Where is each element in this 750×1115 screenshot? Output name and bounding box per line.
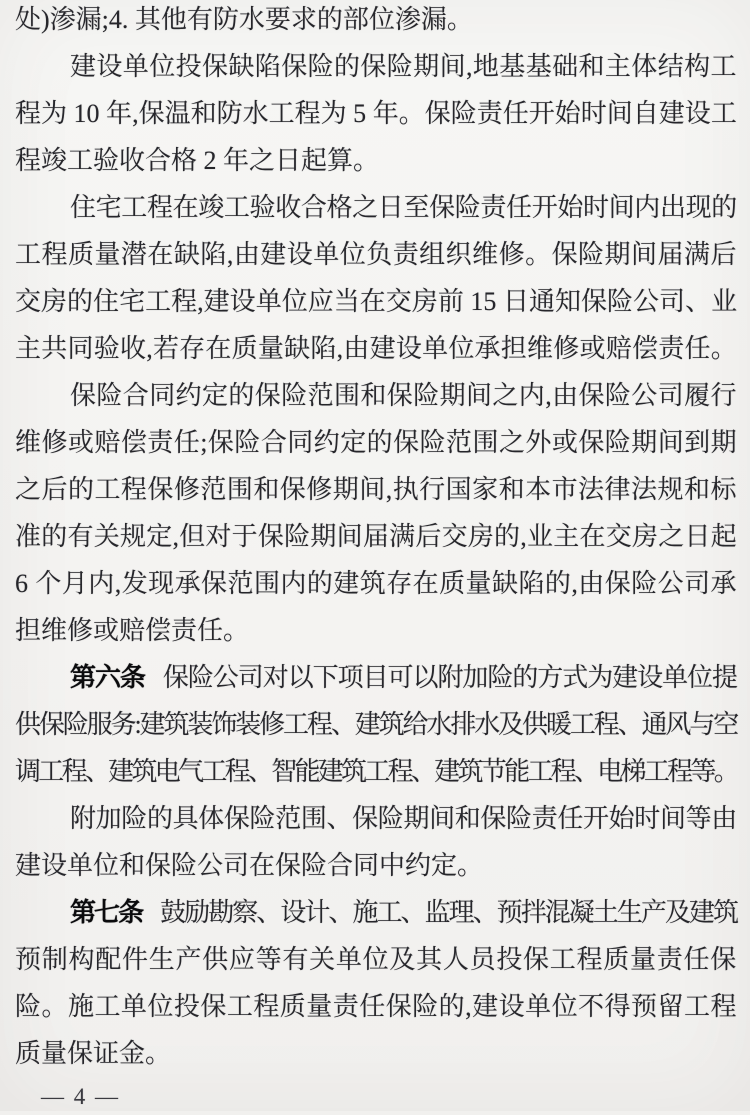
- text-line: 险。施工单位投保工程质量责任保险的,建设单位不得预留工程: [15, 983, 737, 1030]
- text-run: 交房的住宅工程,建设单位应当在交房前 15 日通知保险公司、业: [15, 287, 737, 316]
- page-footer: — 4 —: [0, 1083, 750, 1111]
- text-line-content: 工程质量潜在缺陷,由建设单位负责组织维修。保险期间届满后: [15, 240, 737, 269]
- text-run: 建设单位投保缺陷保险的保险期间,地基基础和主体结构工: [70, 52, 737, 81]
- text-run: 之后的工程保修范围和保修期间,执行国家和本市法律法规和标: [15, 475, 737, 504]
- text-line-content: 质量保证金。: [15, 1039, 171, 1068]
- text-line-content: 维修或赔偿责任;保险合同约定的保险范围之外或保险期间到期: [15, 428, 737, 457]
- text-line-content: 6 个月内,发现承保范围内的建筑存在质量缺陷的,由保险公司承: [15, 569, 737, 598]
- text-line-content: 保险合同约定的保险范围和保险期间之内,由保险公司履行: [70, 381, 737, 410]
- text-run: 险。施工单位投保工程质量责任保险的,建设单位不得预留工程: [15, 992, 737, 1021]
- text-line: 建设单位和保险公司在保险合同中约定。: [15, 842, 737, 889]
- text-line-content: 附加险的具体保险范围、保险期间和保险责任开始时间等由: [70, 804, 737, 833]
- text-run: 6 个月内,发现承保范围内的建筑存在质量缺陷的,由保险公司承: [15, 569, 737, 598]
- text-line: 供保险服务:建筑装饰装修工程、建筑给水排水及供暖工程、通风与空: [15, 701, 737, 748]
- text-run: 保险公司对以下项目可以附加险的方式为建设单位提: [163, 663, 737, 692]
- text-run: 调工程、建筑电气工程、智能建筑工程、建筑节能工程、电梯工程等。: [15, 757, 737, 786]
- text-line-content: 险。施工单位投保工程质量责任保险的,建设单位不得预留工程: [15, 992, 737, 1021]
- text-line-content: 程为 10 年,保温和防水工程为 5 年。保险责任开始时间自建设工: [15, 99, 737, 128]
- text-line: 6 个月内,发现承保范围内的建筑存在质量缺陷的,由保险公司承: [15, 560, 737, 607]
- text-line-content: 准的有关规定,但对于保险期间届满后交房的,业主在交房之日起: [15, 522, 737, 551]
- text-run: 主共同验收,若存在质量缺陷,由建设单位承担维修或赔偿责任。: [15, 334, 737, 363]
- text-run: 程竣工验收合格 2 年之日起算。: [15, 146, 379, 175]
- text-line-content: 第六条保险公司对以下项目可以附加险的方式为建设单位提: [70, 663, 737, 692]
- text-run: 程为 10 年,保温和防水工程为 5 年。保险责任开始时间自建设工: [15, 99, 737, 128]
- text-line: 处)渗漏;4. 其他有防水要求的部位渗漏。: [15, 0, 737, 43]
- text-run: 预制构配件生产供应等有关单位及其人员投保工程质量责任保: [15, 945, 737, 974]
- text-line: 程为 10 年,保温和防水工程为 5 年。保险责任开始时间自建设工: [15, 90, 737, 137]
- text-line: 住宅工程在竣工验收合格之日至保险责任开始时间内出现的: [15, 184, 737, 231]
- text-line-content: 主共同验收,若存在质量缺陷,由建设单位承担维修或赔偿责任。: [15, 334, 737, 363]
- text-run: 准的有关规定,但对于保险期间届满后交房的,业主在交房之日起: [15, 522, 737, 551]
- text-run: 建设单位和保险公司在保险合同中约定。: [15, 851, 483, 880]
- text-line: 担维修或赔偿责任。: [15, 607, 737, 654]
- text-run: 工程质量潜在缺陷,由建设单位负责组织维修。保险期间届满后: [15, 240, 737, 269]
- text-line-content: 之后的工程保修范围和保修期间,执行国家和本市法律法规和标: [15, 475, 737, 504]
- text-run: 维修或赔偿责任;保险合同约定的保险范围之外或保险期间到期: [15, 428, 737, 457]
- text-line: 建设单位投保缺陷保险的保险期间,地基基础和主体结构工: [15, 43, 737, 90]
- text-run: 住宅工程在竣工验收合格之日至保险责任开始时间内出现的: [70, 193, 737, 222]
- text-line: 交房的住宅工程,建设单位应当在交房前 15 日通知保险公司、业: [15, 278, 737, 325]
- text-line-content: 建设单位和保险公司在保险合同中约定。: [15, 851, 483, 880]
- text-line: 准的有关规定,但对于保险期间届满后交房的,业主在交房之日起: [15, 513, 737, 560]
- article-number: 第七条: [70, 897, 142, 927]
- text-line: 主共同验收,若存在质量缺陷,由建设单位承担维修或赔偿责任。: [15, 325, 737, 372]
- text-line-content: 预制构配件生产供应等有关单位及其人员投保工程质量责任保: [15, 945, 737, 974]
- text-line-content: 程竣工验收合格 2 年之日起算。: [15, 146, 379, 175]
- text-line-content: 处)渗漏;4. 其他有防水要求的部位渗漏。: [15, 5, 473, 34]
- document-page: 处)渗漏;4. 其他有防水要求的部位渗漏。建设单位投保缺陷保险的保险期间,地基基…: [0, 0, 750, 1111]
- text-line: 保险合同约定的保险范围和保险期间之内,由保险公司履行: [15, 372, 737, 419]
- text-line-content: 住宅工程在竣工验收合格之日至保险责任开始时间内出现的: [70, 193, 737, 222]
- text-line-content: 担维修或赔偿责任。: [15, 616, 249, 645]
- text-line-content: 交房的住宅工程,建设单位应当在交房前 15 日通知保险公司、业: [15, 287, 737, 316]
- text-line: 之后的工程保修范围和保修期间,执行国家和本市法律法规和标: [15, 466, 737, 513]
- text-line: 附加险的具体保险范围、保险期间和保险责任开始时间等由: [15, 795, 737, 842]
- page-number: — 4 —: [41, 1084, 120, 1109]
- text-run: 鼓励勘察、设计、施工、监理、预拌混凝土生产及建筑: [160, 898, 737, 927]
- text-run: 附加险的具体保险范围、保险期间和保险责任开始时间等由: [70, 804, 737, 833]
- text-line: 第七条鼓励勘察、设计、施工、监理、预拌混凝土生产及建筑: [15, 889, 737, 936]
- text-run: 供保险服务:建筑装饰装修工程、建筑给水排水及供暖工程、通风与空: [15, 710, 737, 739]
- text-line-content: 调工程、建筑电气工程、智能建筑工程、建筑节能工程、电梯工程等。: [15, 757, 737, 786]
- text-line: 维修或赔偿责任;保险合同约定的保险范围之外或保险期间到期: [15, 419, 737, 466]
- text-line-content: 供保险服务:建筑装饰装修工程、建筑给水排水及供暖工程、通风与空: [15, 710, 737, 739]
- text-line: 调工程、建筑电气工程、智能建筑工程、建筑节能工程、电梯工程等。: [15, 748, 737, 795]
- text-line: 预制构配件生产供应等有关单位及其人员投保工程质量责任保: [15, 936, 737, 983]
- text-line: 质量保证金。: [15, 1030, 737, 1077]
- text-line: 工程质量潜在缺陷,由建设单位负责组织维修。保险期间届满后: [15, 231, 737, 278]
- article-number: 第六条: [70, 662, 145, 692]
- text-run: 保险合同约定的保险范围和保险期间之内,由保险公司履行: [70, 381, 737, 410]
- text-run: 质量保证金。: [15, 1039, 171, 1068]
- text-line: 程竣工验收合格 2 年之日起算。: [15, 137, 737, 184]
- text-line-content: 建设单位投保缺陷保险的保险期间,地基基础和主体结构工: [70, 52, 737, 81]
- text-run: 处)渗漏;4. 其他有防水要求的部位渗漏。: [15, 5, 473, 34]
- text-line: 第六条保险公司对以下项目可以附加险的方式为建设单位提: [15, 654, 737, 701]
- document-body: 处)渗漏;4. 其他有防水要求的部位渗漏。建设单位投保缺陷保险的保险期间,地基基…: [0, 0, 750, 1077]
- text-run: 担维修或赔偿责任。: [15, 616, 249, 645]
- text-line-content: 第七条鼓励勘察、设计、施工、监理、预拌混凝土生产及建筑: [70, 898, 737, 927]
